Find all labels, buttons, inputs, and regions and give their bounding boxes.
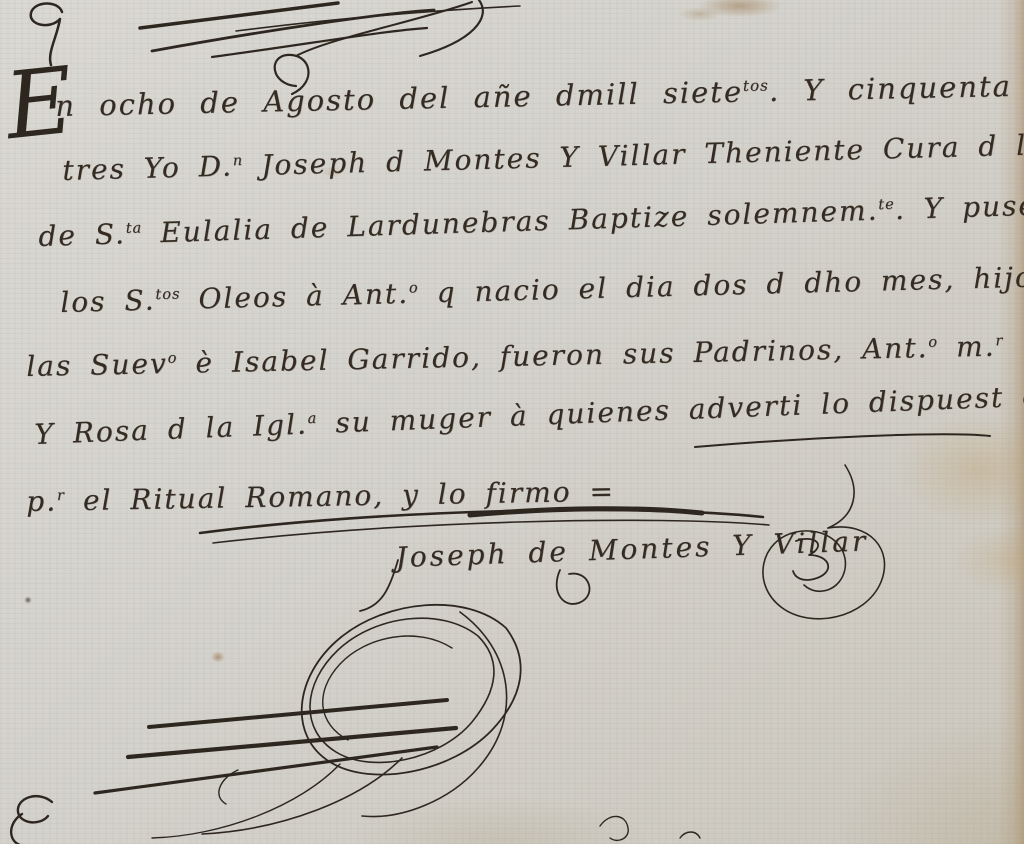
manuscript-line: de S.ta Eulalia de Lardunebras Baptize s… — [38, 192, 1024, 251]
manuscript-line: tres Yo D.n Joseph d Montes Y Villar The… — [62, 129, 1024, 185]
manuscript-line: Y Rosa d la Igl.a su muger à quienes adv… — [34, 382, 1024, 449]
manuscript-line: n ocho de Agosto del añe dmill sietetos.… — [55, 71, 1024, 121]
manuscript-line: las Suevo è Isabel Garrido, fueron sus P… — [26, 333, 1004, 381]
manuscript-page: E n ocho de Agosto del añe dmill sieteto… — [0, 0, 1024, 844]
bottom-rubric — [95, 605, 700, 841]
line-strike — [695, 434, 990, 447]
manuscript-line: p.r el Ritual Romano, y lo firmo = — [26, 478, 615, 516]
next-entry-initial — [11, 796, 52, 844]
signature: Joseph de Montes Y Villar — [395, 524, 869, 573]
manuscript-line: los S.tos Oleos à Ant.o q nacio el dia d… — [60, 260, 1024, 317]
